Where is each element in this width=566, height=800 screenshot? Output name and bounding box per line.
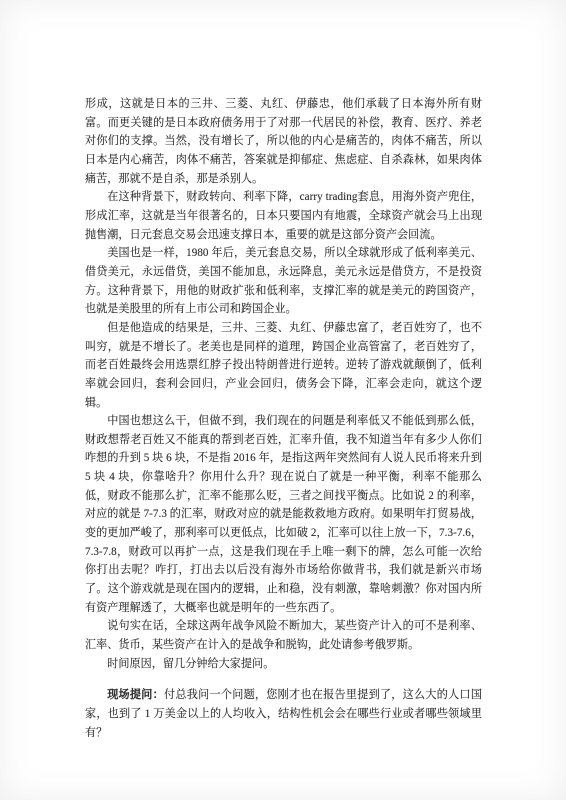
document-page: 形成，这就是日本的三井、三菱、丸红、伊藤忠，他们承载了日本海外所有财富。而更关键…	[0, 0, 566, 800]
qa-paragraph: 现场提问：付总我问一个问题，您刚才也在报告里提到了，这么大的人口国家，也到了 1…	[85, 686, 482, 742]
qa-speaker-label: 现场提问：	[107, 689, 164, 701]
paragraph-carry-trading: 在这种背景下，财政转向、利率下降，carry trading套息，用海外资产兜住…	[85, 188, 482, 244]
paragraph-result: 但是他造成的结果是，三井、三菱、丸红、伊藤忠富了，老百姓穷了，也不叫穷，就是不增…	[85, 319, 482, 412]
paragraph-war-risk: 说句实在话，全球这两年战争风险不断加大，某些资产计入的可不是利率、汇率、货币，某…	[85, 617, 482, 654]
paragraph-usa-1980: 美国也是一样，1980 年后，美元套息交易，所以全球就形成了低利率美元、借贷美元…	[85, 244, 482, 319]
paragraph-continuation: 形成，这就是日本的三井、三菱、丸红、伊藤忠，他们承载了日本海外所有财富。而更关键…	[85, 95, 482, 188]
paragraph-time-for-questions: 时间原因，留几分钟给大家提问。	[85, 655, 482, 674]
text-block: 形成，这就是日本的三井、三菱、丸红、伊藤忠，他们承载了日本海外所有财富。而更关键…	[85, 95, 482, 742]
paragraph-china-balance: 中国也想这么干，但做不到，我们现在的问题是利率低又不能低到那么低，财政想帮老百姓…	[85, 412, 482, 617]
